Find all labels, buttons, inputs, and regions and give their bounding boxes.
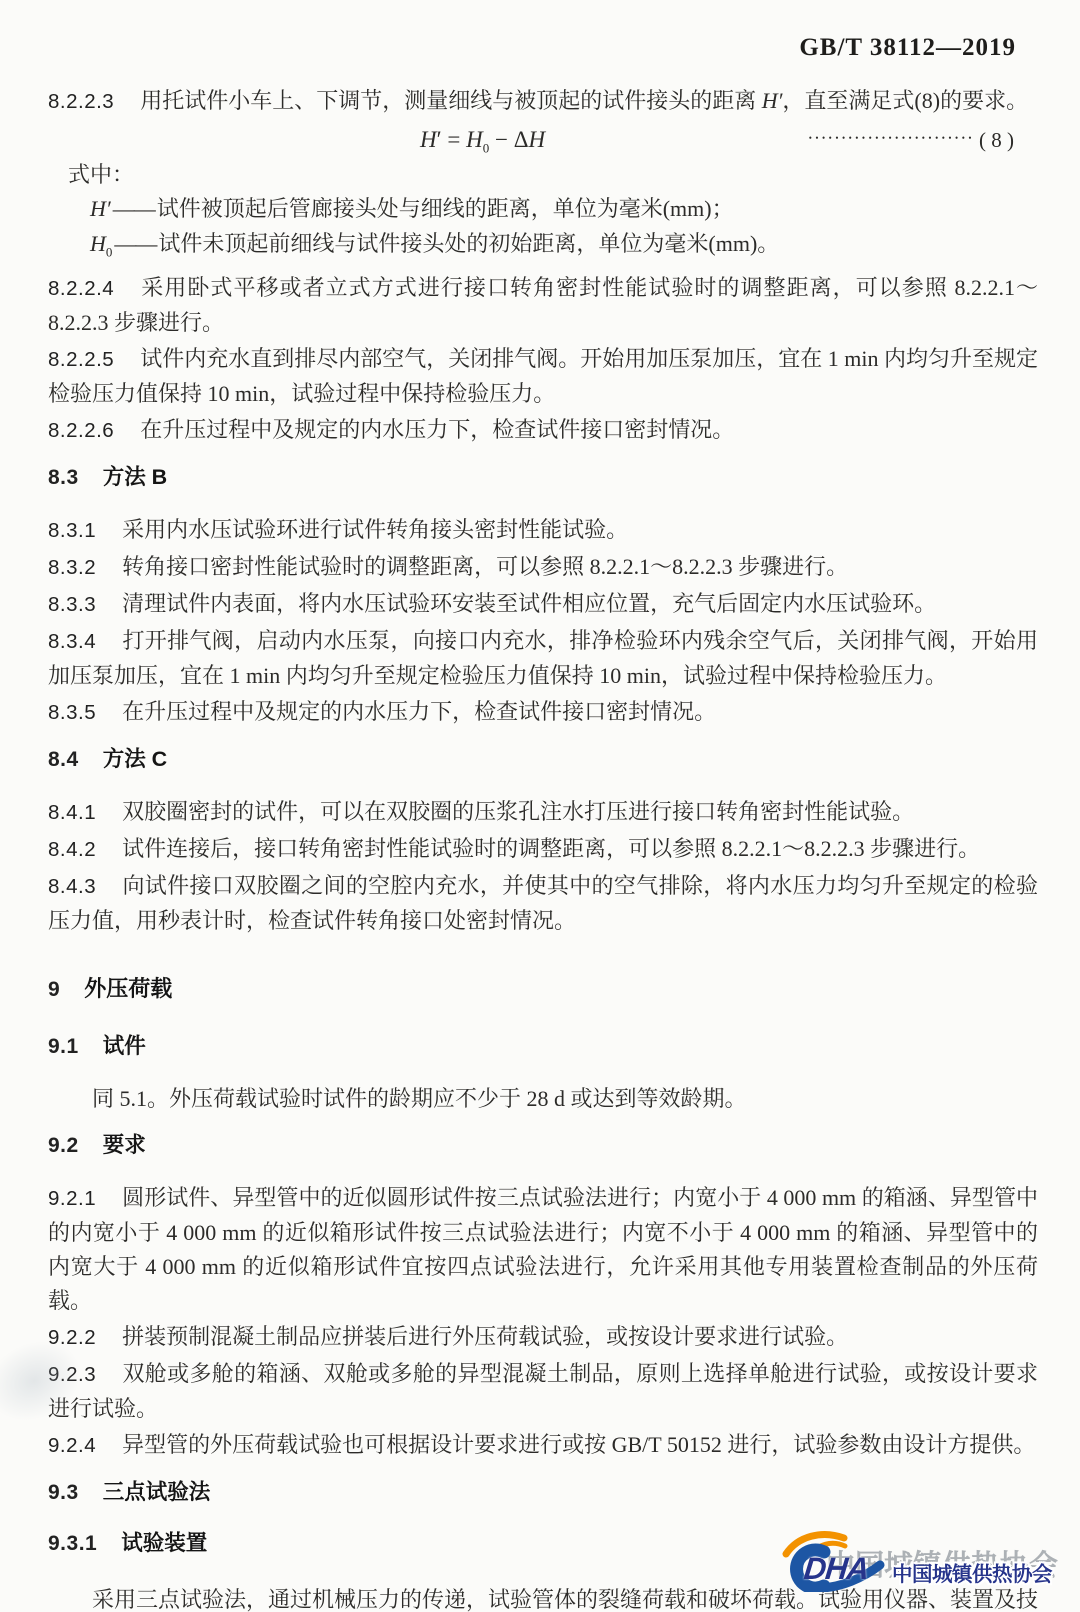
clause-text: 在升压过程中及规定的内水压力下，检查试件接口密封情况。 [140, 417, 734, 442]
term-subscript: 0 [106, 244, 113, 259]
section-title: 试件 [103, 1034, 146, 1058]
clause-8-3-3: 8.3.3清理试件内表面，将内水压试验环安装至试件相应位置，充气后固定内水压试验… [48, 587, 1038, 622]
clause-number: 8.3.4 [48, 630, 96, 653]
clause-number: 8.4.2 [48, 838, 96, 861]
clause-8-3-1: 8.3.1采用内水压试验环进行试件转角接头密封性能试验。 [48, 513, 1038, 548]
where-label: 式中： [68, 159, 1038, 191]
clause-text: 拼装预制混凝土制品应拼装后进行外压荷载试验，或按设计要求进行试验。 [122, 1324, 848, 1349]
definition-text: 试件未顶起前细线与试件接头处的初始距离，单位为毫米(mm)。 [158, 231, 779, 256]
term-symbol: H [90, 231, 106, 256]
clause-number: 8.2.2.4 [48, 277, 114, 300]
equation-8: H′ = H0 − ΔH ••••••••••••••••••••••••• (… [48, 121, 1038, 159]
clause-text: 清理试件内表面，将内水压试验环安装至试件相应位置，充气后固定内水压试验环。 [122, 591, 936, 616]
clause-text: 用托试件小车上、下调节，测量细线与被顶起的试件接头的距离 [140, 88, 762, 113]
clause-8-2-2-5: 8.2.2.5试件内充水直到排尽内部空气，关闭排气阀。开始用加压泵加压，宜在 1… [48, 342, 1038, 411]
clause-number: 8.3.3 [48, 593, 96, 616]
section-heading-9-3: 9.3三点试验法 [48, 1477, 1038, 1508]
clause-8-4-1: 8.4.1双胶圈密封的试件，可以在双胶圈的压浆孔注水打压进行接口转角密封性能试验… [48, 795, 1038, 830]
section-title: 外压荷载 [84, 976, 172, 1001]
leader-dots: ••••••••••••••••••••••••• [545, 119, 975, 157]
clause-number: 8.3.2 [48, 556, 96, 579]
clause-number: 8.2.2.5 [48, 348, 114, 371]
clause-number: 8.3.1 [48, 519, 96, 542]
section-number: 9.3 [48, 1481, 79, 1504]
clause-text: 打开排气阀，启动内水压泵，向接口内充水，排净检验环内残余空气后，关闭排气阀，开始… [48, 628, 1038, 688]
standard-number: GB/T 38112—2019 [48, 34, 1038, 62]
clause-text: 试件内充水直到排尽内部空气，关闭排气阀。开始用加压泵加压，宜在 1 min 内均… [48, 346, 1038, 406]
clause-text: 采用内水压试验环进行试件转角接头密封性能试验。 [122, 517, 628, 542]
cdha-logo-name: 中国城镇供热协会 [892, 1557, 1052, 1587]
section-number: 9 [48, 978, 60, 1001]
clause-text: 向试件接口双胶圈之间的空腔内充水，并使其中的空气排除，将内水压力均匀升至规定的检… [48, 873, 1038, 933]
clause-8-3-5: 8.3.5在升压过程中及规定的内水压力下，检查试件接口密封情况。 [48, 695, 1038, 730]
definition-text: 试件被顶起后管廊接头处与细线的距离，单位为毫米(mm)； [157, 196, 734, 221]
chapter-heading-9: 9外压荷载 [48, 974, 1038, 1005]
clause-9-2-1: 9.2.1圆形试件、异型管中的近似圆形试件按三点试验法进行；内宽小于 4 000… [48, 1181, 1038, 1318]
clause-number: 9.2.4 [48, 1434, 96, 1457]
section-heading-9-1: 9.1试件 [48, 1031, 1038, 1062]
clause-text: 试件连接后，接口转角密封性能试验时的调整距离，可以参照 8.2.2.1～8.2.… [122, 836, 980, 861]
clause-8-4-3: 8.4.3向试件接口双胶圈之间的空腔内充水，并使其中的空气排除，将内水压力均匀升… [48, 869, 1038, 938]
section-number: 8.4 [48, 748, 79, 771]
clause-9-2-2: 9.2.2拼装预制混凝土制品应拼装后进行外压荷载试验，或按设计要求进行试验。 [48, 1320, 1038, 1355]
clause-number: 9.2.1 [48, 1187, 96, 1210]
section-number: 9.2 [48, 1134, 79, 1157]
paragraph-9-1: 同 5.1。外压荷载试验时试件的龄期应不少于 28 d 或达到等效龄期。 [48, 1082, 1038, 1116]
clause-text: 采用卧式平移或者立式方式进行接口转角密封性能试验时的调整距离，可以参照 8.2.… [48, 275, 1038, 335]
definition-h0: H0——试件未顶起前细线与试件接头处的初始距离，单位为毫米(mm)。 [90, 226, 1038, 269]
clause-number: 8.3.5 [48, 701, 96, 724]
section-title: 方法 B [103, 465, 168, 489]
clause-9-2-3: 9.2.3双舱或多舱的箱涵、双舱或多舱的异型混凝土制品，原则上选择单舱进行试验，… [48, 1357, 1038, 1426]
section-title: 三点试验法 [103, 1480, 211, 1504]
section-number: 9.3.1 [48, 1532, 97, 1555]
section-heading-8-3: 8.3方法 B [48, 462, 1038, 493]
section-number: 8.3 [48, 466, 79, 489]
clause-8-2-2-4: 8.2.2.4采用卧式平移或者立式方式进行接口转角密封性能试验时的调整距离，可以… [48, 271, 1038, 340]
clause-8-2-2-6: 8.2.2.6在升压过程中及规定的内水压力下，检查试件接口密封情况。 [48, 413, 1038, 448]
clause-8-3-4: 8.3.4打开排气阀，启动内水压泵，向接口内充水，排净检验环内残余空气后，关闭排… [48, 624, 1038, 693]
clause-text: 异型管的外压荷载试验也可根据设计要求进行或按 GB/T 50152 进行，试验参… [122, 1432, 1035, 1457]
definition-h-prime: H′——试件被顶起后管廊接头处与细线的距离，单位为毫米(mm)； [90, 191, 1038, 226]
clause-text: 圆形试件、异型管中的近似圆形试件按三点试验法进行；内宽小于 4 000 mm 的… [48, 1185, 1038, 1313]
clause-text: ，直至满足式(8)的要求。 [782, 88, 1028, 113]
section-number: 9.1 [48, 1035, 79, 1058]
definition-dash: —— [113, 196, 155, 221]
clause-text: 转角接口密封性能试验时的调整距离，可以参照 8.2.2.1～8.2.2.3 步骤… [122, 554, 848, 579]
section-title: 方法 C [103, 747, 168, 771]
clause-number: 8.2.2.6 [48, 419, 114, 442]
clause-text: 双舱或多舱的箱涵、双舱或多舱的异型混凝土制品，原则上选择单舱进行试验，或按设计要… [48, 1361, 1038, 1421]
clause-text: 在升压过程中及规定的内水压力下，检查试件接口密封情况。 [122, 699, 716, 724]
formula-expression: H′ = H0 − ΔH [420, 121, 545, 168]
clause-number: 8.4.1 [48, 801, 96, 824]
variable-h-prime: H′ [762, 88, 783, 113]
clause-8-3-2: 8.3.2转角接口密封性能试验时的调整距离，可以参照 8.2.2.1～8.2.2… [48, 550, 1038, 585]
clause-8-2-2-3: 8.2.2.3用托试件小车上、下调节，测量细线与被顶起的试件接头的距离 H′，直… [48, 84, 1038, 119]
clause-number: 8.4.3 [48, 875, 96, 898]
clause-9-2-4: 9.2.4异型管的外压荷载试验也可根据设计要求进行或按 GB/T 50152 进… [48, 1428, 1038, 1463]
section-title: 试验装置 [121, 1531, 207, 1555]
document-page: GB/T 38112—2019 8.2.2.3用托试件小车上、下调节，测量细线与… [0, 0, 1080, 1612]
cdha-logo-abbr: DHA [802, 1551, 870, 1587]
definition-dash: —— [114, 231, 156, 256]
term-symbol: H′ [90, 196, 111, 221]
clause-8-4-2: 8.4.2试件连接后，接口转角密封性能试验时的调整距离，可以参照 8.2.2.1… [48, 832, 1038, 867]
section-heading-9-2: 9.2要求 [48, 1130, 1038, 1161]
section-title: 要求 [103, 1133, 146, 1157]
equation-number: ( 8 ) [979, 121, 1014, 159]
clause-text: 双胶圈密封的试件，可以在双胶圈的压浆孔注水打压进行接口转角密封性能试验。 [122, 799, 914, 824]
section-heading-8-4: 8.4方法 C [48, 744, 1038, 775]
clause-number: 8.2.2.3 [48, 90, 114, 113]
